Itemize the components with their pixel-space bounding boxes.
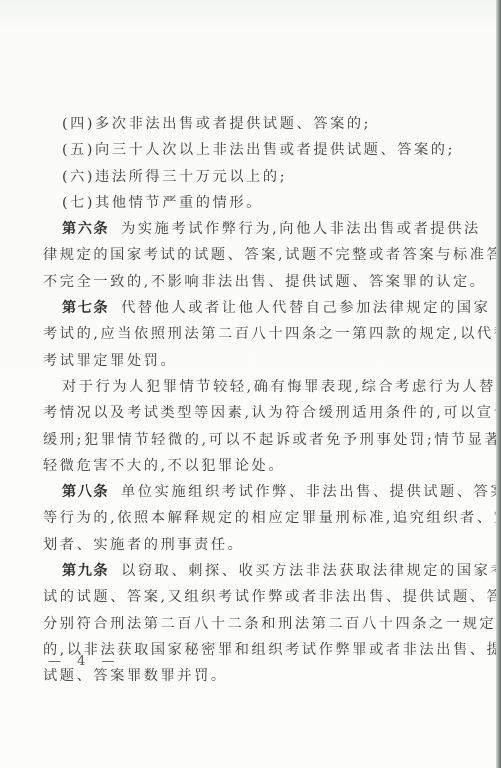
article-number: 第九条	[62, 563, 109, 579]
text-line: (四)多次非法出售或者提供试题、答案的;	[43, 111, 467, 137]
article-number: 第八条	[62, 484, 109, 500]
line-text: 以窃取、刺探、收买方法非法获取法律规定的国家考	[121, 563, 501, 579]
article-9-heading-line: 第九条以窃取、刺探、收买方法非法获取法律规定的国家考	[43, 558, 467, 584]
text-line: 考试的,应当依照刑法第二百八十四条之一第四款的规定,以代替	[43, 321, 467, 347]
text-line: (七)其他情节严重的情形。	[43, 190, 467, 216]
line-text: 对于行为人犯罪情节较轻,确有悔罪表现,综合考虑行为人替	[62, 379, 496, 395]
text-line: (六)违法所得三十万元以上的;	[43, 164, 467, 190]
text-line: 不完全一致的,不影响非法出售、提供试题、答案罪的认定。	[43, 269, 467, 295]
line-text: (五)向三十人次以上非法出售或者提供试题、答案的;	[62, 142, 455, 158]
line-text: 考试罪定罪处罚。	[43, 353, 177, 369]
article-number: 第七条	[62, 300, 109, 316]
line-text: 不完全一致的,不影响非法出售、提供试题、答案罪的认定。	[43, 274, 487, 290]
article-8-heading-line: 第八条单位实施组织考试作弊、非法出售、提供试题、答案	[43, 479, 467, 505]
line-text: 考试的,应当依照刑法第二百八十四条之一第四款的规定,以代替	[43, 326, 501, 342]
text-line: 分别符合刑法第二百八十二条和刑法第二百八十四条之一规定	[43, 611, 467, 637]
text-line: 试的试题、答案,又组织考试作弊或者非法出售、提供试题、答案,	[43, 584, 467, 610]
line-text: 律规定的国家考试的试题、答案,试题不完整或者答案与标准答案	[43, 247, 501, 263]
document-body: (四)多次非法出售或者提供试题、答案的; (五)向三十人次以上非法出售或者提供试…	[43, 111, 467, 690]
line-text: 分别符合刑法第二百八十二条和刑法第二百八十四条之一规定	[43, 616, 496, 632]
scan-edge	[496, 0, 501, 768]
text-line: 对于行为人犯罪情节较轻,确有悔罪表现,综合考虑行为人替	[43, 374, 467, 400]
line-text: 轻微危害不大的,不以犯罪论处。	[43, 458, 285, 474]
line-text: 考情况以及考试类型等因素,认为符合缓刑适用条件的,可以宣告	[43, 405, 501, 421]
line-text: (七)其他情节严重的情形。	[62, 195, 263, 211]
article-6-heading-line: 第六条为实施考试作弊行为,向他人非法出售或者提供法	[43, 216, 467, 242]
line-text: 缓刑;犯罪情节轻微的,可以不起诉或者免予刑事处罚;情节显著	[43, 432, 501, 448]
page-number: — 4 —	[48, 654, 121, 669]
text-line: 轻微危害不大的,不以犯罪论处。	[43, 453, 467, 479]
document-page: (四)多次非法出售或者提供试题、答案的; (五)向三十人次以上非法出售或者提供试…	[0, 0, 496, 768]
article-7-heading-line: 第七条代替他人或者让他人代替自己参加法律规定的国家	[43, 295, 467, 321]
text-line: 等行为的,依照本解释规定的相应定罪量刑标准,追究组织者、策	[43, 505, 467, 531]
line-text: 试题、答案罪数罪并罚。	[43, 668, 228, 684]
text-line: 律规定的国家考试的试题、答案,试题不完整或者答案与标准答案	[43, 242, 467, 268]
line-text: 试的试题、答案,又组织考试作弊或者非法出售、提供试题、答案,	[43, 589, 501, 605]
line-text: 划者、实施者的刑事责任。	[43, 537, 244, 553]
text-line: 缓刑;犯罪情节轻微的,可以不起诉或者免予刑事处罚;情节显著	[43, 427, 467, 453]
text-line: (五)向三十人次以上非法出售或者提供试题、答案的;	[43, 137, 467, 163]
text-line: 划者、实施者的刑事责任。	[43, 532, 467, 558]
line-text: 为实施考试作弊行为,向他人非法出售或者提供法	[121, 221, 481, 237]
text-line: 考情况以及考试类型等因素,认为符合缓刑适用条件的,可以宣告	[43, 400, 467, 426]
line-text: 单位实施组织考试作弊、非法出售、提供试题、答案	[121, 484, 501, 500]
line-text: (六)违法所得三十万元以上的;	[62, 169, 287, 185]
text-line: 考试罪定罪处罚。	[43, 348, 467, 374]
line-text: 等行为的,依照本解释规定的相应定罪量刑标准,追究组织者、策	[43, 510, 501, 526]
article-number: 第六条	[62, 221, 109, 237]
line-text: 代替他人或者让他人代替自己参加法律规定的国家	[121, 300, 490, 316]
line-text: (四)多次非法出售或者提供试题、答案的;	[62, 116, 371, 132]
